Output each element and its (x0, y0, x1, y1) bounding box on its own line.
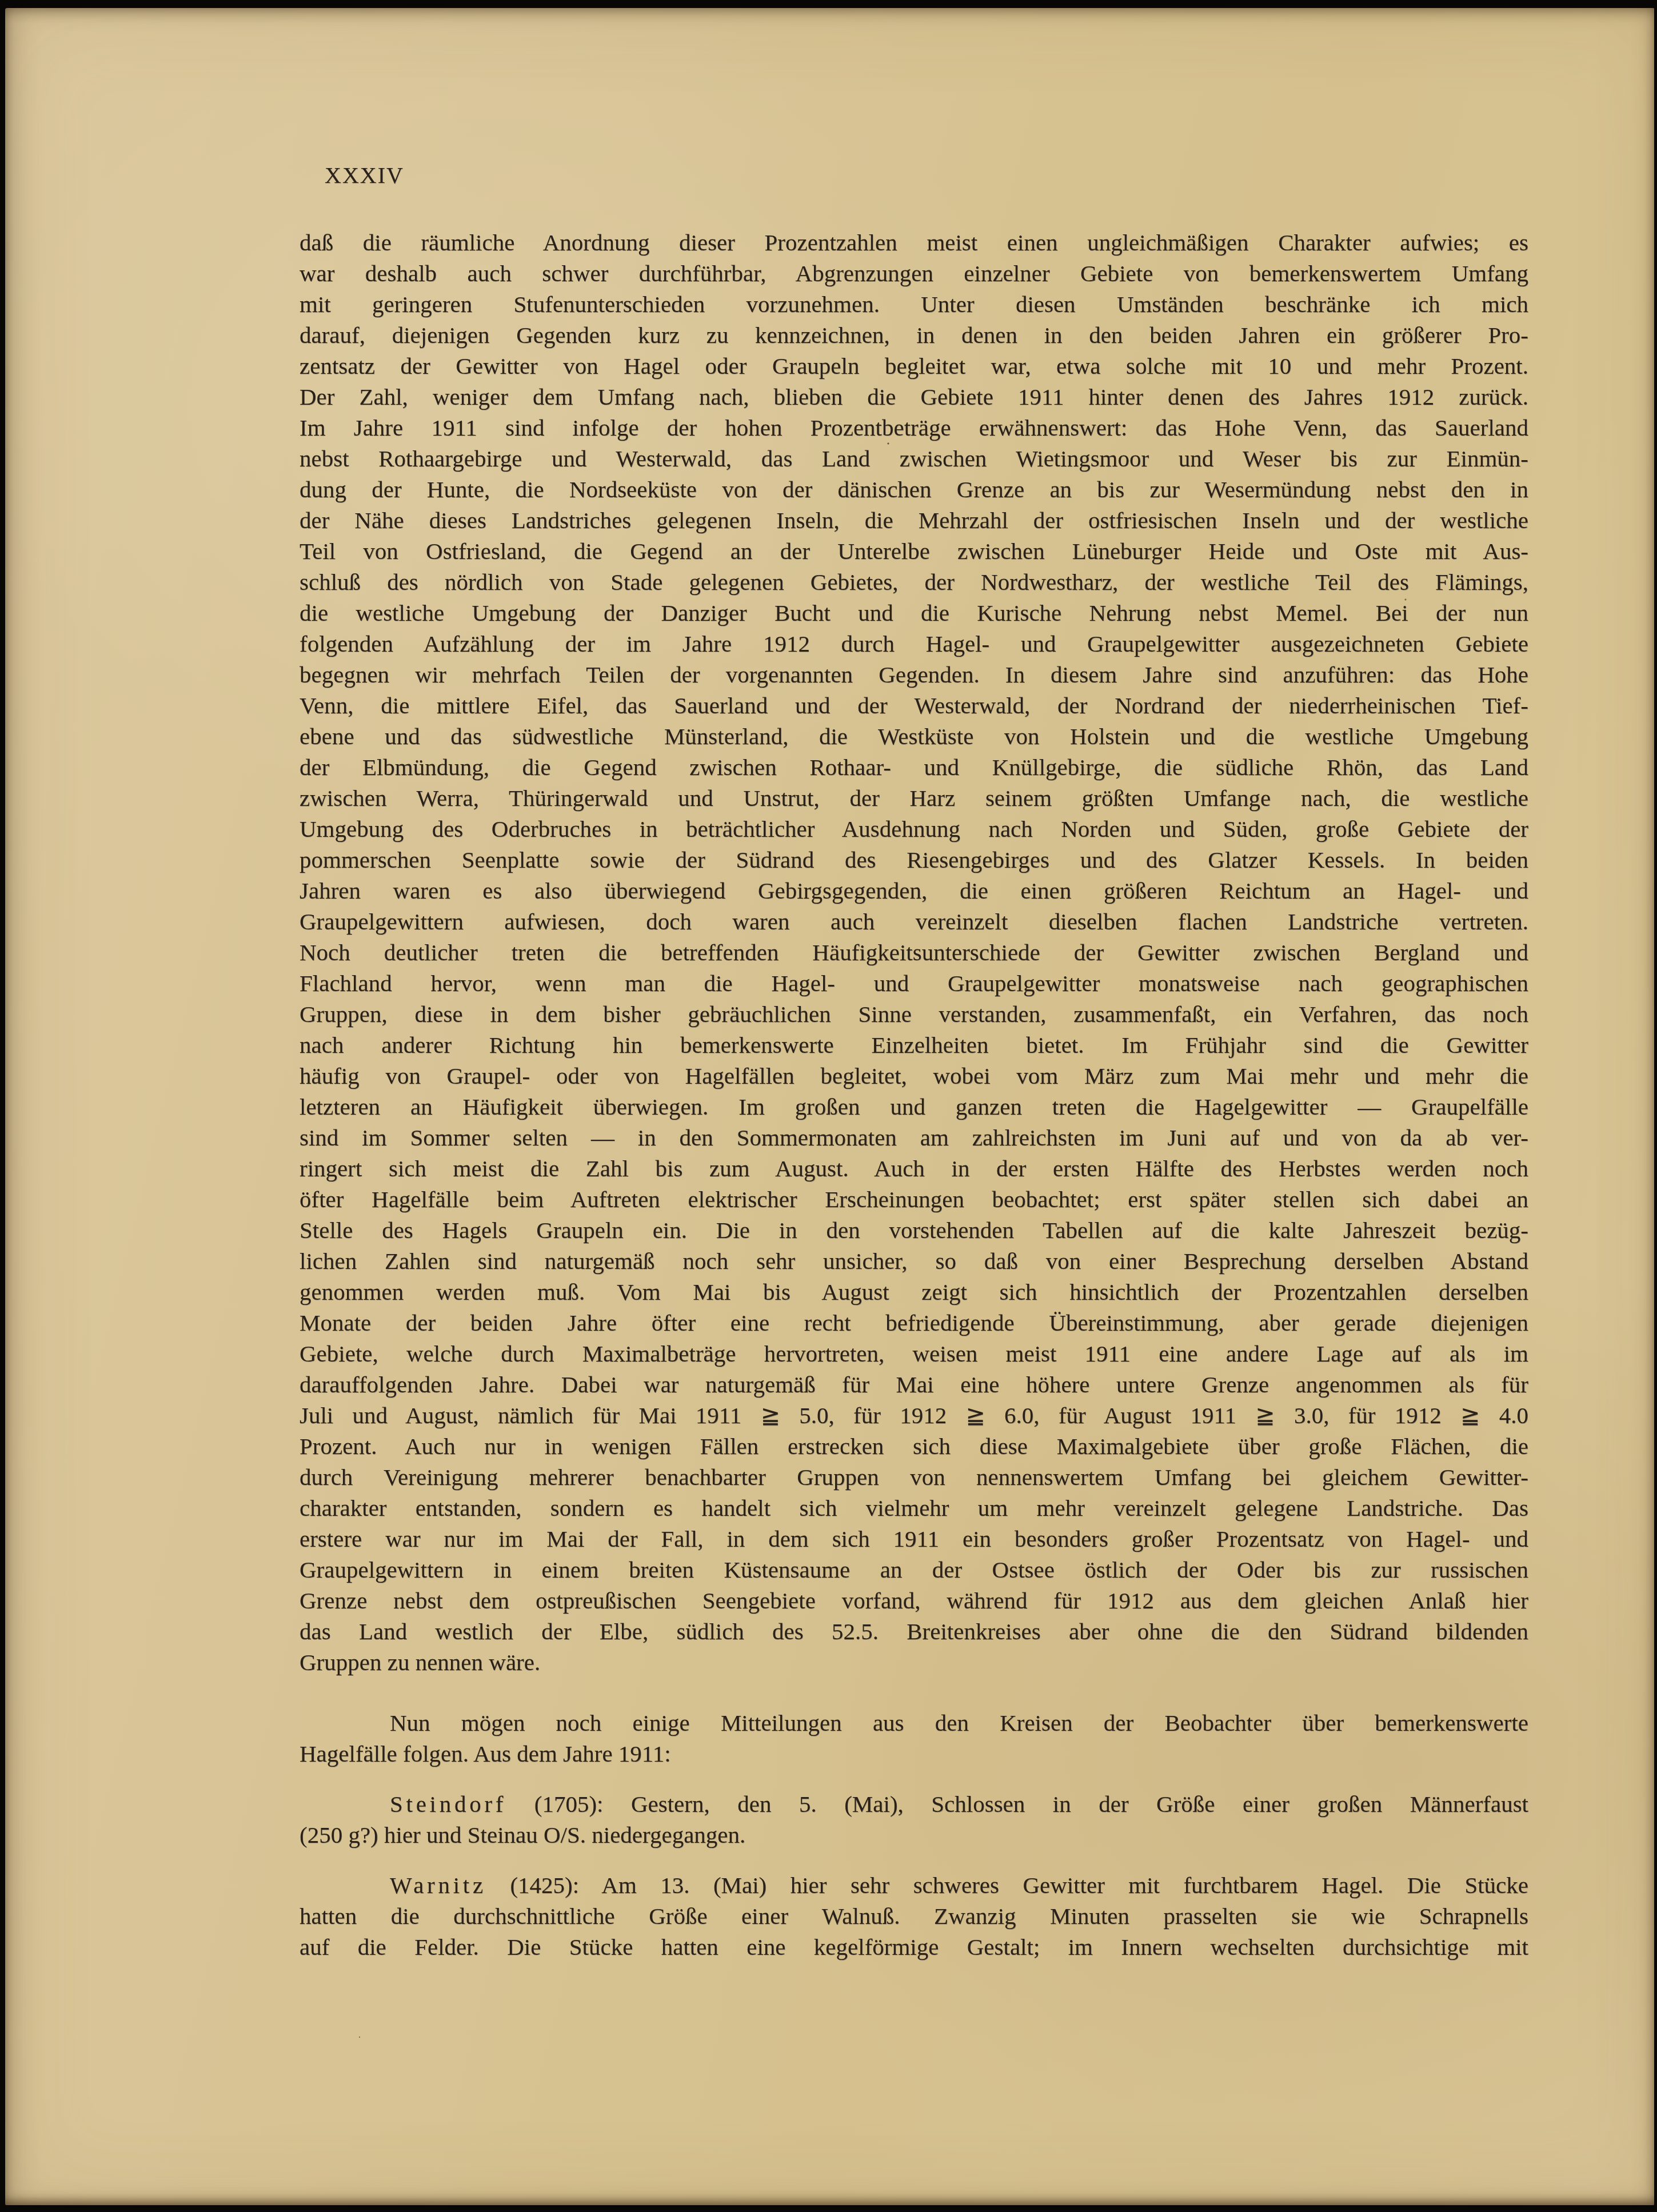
text-line: das Land westlich der Elbe, südlich des … (300, 1616, 1528, 1647)
text-line: ringert sich meist die Zahl bis zum Augu… (300, 1153, 1528, 1184)
text-line: begegnen wir mehrfach Teilen der vorgena… (300, 659, 1528, 690)
text-line: Monate der beiden Jahre öfter eine recht… (300, 1307, 1528, 1338)
text-line: Gruppen zu nennen wäre. (300, 1647, 1528, 1678)
report-line: hatten die durchschnittliche Größe einer… (300, 1900, 1528, 1931)
report-line: auf die Felder. Die Stücke hatten eine k… (300, 1931, 1528, 1962)
text-line: Prozent. Auch nur in wenigen Fällen erst… (300, 1431, 1528, 1462)
report-line: (250 g?) hier und Steinau O/S. niedergeg… (300, 1819, 1528, 1850)
text-line: Juli und August, nämlich für Mai 1911 ≧ … (300, 1400, 1528, 1431)
station-name-steindorf: Steindorf (390, 1791, 506, 1817)
text-line: dung der Hunte, die Nordseeküste von der… (300, 474, 1528, 505)
text-line: lichen Zahlen sind naturgemäß noch sehr … (300, 1245, 1528, 1276)
text-line: daß die räumliche Anordnung dieser Proze… (300, 227, 1528, 258)
text-line: Grenze nebst dem ostpreußischen Seengebi… (300, 1585, 1528, 1616)
report-steindorf: Steindorf (1705): Gestern, den 5. (Mai),… (300, 1788, 1528, 1850)
text-line: Noch deutlicher treten die betreffenden … (300, 937, 1528, 968)
text-line: zwischen Werra, Thüringerwald und Unstru… (300, 782, 1528, 813)
text-line: zentsatz der Gewitter von Hagel oder Gra… (300, 350, 1528, 381)
text-line: Jahren waren es also überwiegend Gebirgs… (300, 875, 1528, 906)
report-line: Steindorf (1705): Gestern, den 5. (Mai),… (300, 1788, 1528, 1819)
text-line: Umgebung des Oderbruches in beträchtlich… (300, 813, 1528, 844)
text-line: erstere war nur im Mai der Fall, in dem … (300, 1523, 1528, 1554)
text-line: Flachland hervor, wenn man die Hagel- un… (300, 968, 1528, 999)
report-text: (1425): Am 13. (Mai) hier sehr schweres … (510, 1872, 1528, 1898)
text-line: durch Vereinigung mehrerer benachbarter … (300, 1462, 1528, 1492)
text-line: charakter entstanden, sondern es handelt… (300, 1492, 1528, 1523)
text-line: Graupelgewittern aufwiesen, doch waren a… (300, 906, 1528, 937)
main-paragraph: daß die räumliche Anordnung dieser Proze… (300, 227, 1528, 1678)
page-content: XXXIV daß die räumliche Anordnung dieser… (300, 162, 1528, 1962)
text-line: öfter Hagelfälle beim Auftreten elektris… (300, 1184, 1528, 1215)
text-line: nebst Rothaargebirge und Westerwald, das… (300, 443, 1528, 474)
scanned-book-page: XXXIV daß die räumliche Anordnung dieser… (0, 0, 1657, 2212)
text-line: Im Jahre 1911 sind infolge der hohen Pro… (300, 412, 1528, 443)
text-line: mit geringeren Stufenunterschieden vorzu… (300, 289, 1528, 320)
report-warnitz: Warnitz (1425): Am 13. (Mai) hier sehr s… (300, 1870, 1528, 1962)
text-line: Gebiete, welche durch Maximalbeträge her… (300, 1338, 1528, 1369)
text-line: Graupelgewittern in einem breiten Küsten… (300, 1554, 1528, 1585)
text-line: war deshalb auch schwer durchführbar, Ab… (300, 258, 1528, 289)
text-line: Gruppen, diese in dem bisher gebräuchlic… (300, 999, 1528, 1029)
page-number: XXXIV (300, 162, 1528, 189)
text-line: Venn, die mittlere Eifel, das Sauerland … (300, 690, 1528, 721)
text-line: nach anderer Richtung hin bemerkenswerte… (300, 1029, 1528, 1060)
text-line: genommen werden muß. Vom Mai bis August … (300, 1276, 1528, 1307)
report-text: (1705): Gestern, den 5. (Mai), Schlossen… (534, 1791, 1528, 1817)
text-line: schluß des nördlich von Stade gelegenen … (300, 566, 1528, 597)
paper-sheet: XXXIV daß die räumliche Anordnung dieser… (5, 8, 1654, 2205)
text-line: der Nähe dieses Landstriches gelegenen I… (300, 505, 1528, 536)
text-line: sind im Sommer selten — in den Sommermon… (300, 1122, 1528, 1153)
text-line: die westliche Umgebung der Danziger Buch… (300, 597, 1528, 628)
text-line: häufig von Graupel- oder von Hagelfällen… (300, 1060, 1528, 1091)
report-line: Warnitz (1425): Am 13. (Mai) hier sehr s… (300, 1870, 1528, 1900)
text-line: Stelle des Hagels Graupeln ein. Die in d… (300, 1215, 1528, 1245)
text-line: Der Zahl, weniger dem Umfang nach, blieb… (300, 381, 1528, 412)
station-name-warnitz: Warnitz (390, 1872, 486, 1898)
text-line: Nun mögen noch einige Mitteilungen aus d… (300, 1707, 1528, 1738)
text-line: Teil von Ostfriesland, die Gegend an der… (300, 536, 1528, 566)
notice-paragraph: Nun mögen noch einige Mitteilungen aus d… (300, 1707, 1528, 1769)
text-line: letzteren an Häufigkeit überwiegen. Im g… (300, 1091, 1528, 1122)
text-line: pommerschen Seenplatte sowie der Südrand… (300, 844, 1528, 875)
text-line: ebene und das südwestliche Münsterland, … (300, 721, 1528, 752)
text-line: der Elbmündung, die Gegend zwischen Roth… (300, 752, 1528, 782)
text-line: Hagelfälle folgen. Aus dem Jahre 1911: (300, 1738, 1528, 1769)
text-line: folgenden Aufzählung der im Jahre 1912 d… (300, 628, 1528, 659)
text-line: darauf, diejenigen Gegenden kurz zu kenn… (300, 320, 1528, 350)
text-line: darauffolgenden Jahre. Dabei war naturge… (300, 1369, 1528, 1400)
